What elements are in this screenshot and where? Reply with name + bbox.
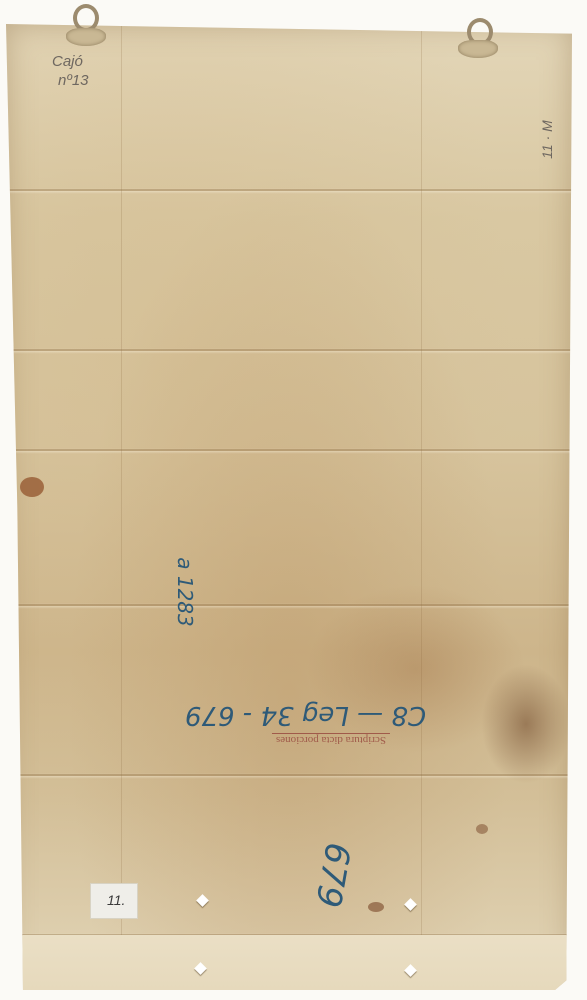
parchment-document [6,24,572,990]
pencil-line: Cajó [52,52,89,71]
label-text: 11. [107,892,125,908]
fold-line [421,24,422,990]
bottom-fold-band [6,935,572,990]
pencil-annotation-box: Cajó nº13 [52,52,89,90]
fold-line [121,24,122,990]
pencil-line: nº13 [52,71,89,90]
edge-stain [20,477,44,497]
fold-line [6,449,572,451]
pencil-annotation-corner: 11 · M [538,120,557,159]
spot-stain [476,824,488,834]
spot-stain [368,902,384,912]
seal-tab-left [66,28,106,46]
fold-line [6,189,572,191]
seal-tab-right [458,40,498,58]
vertical-ink-annotation: a 1283 [173,557,197,627]
fold-line [6,774,572,776]
paper-label: 11. [90,883,138,919]
upside-down-shelfmark: C8 — Leg 34 - 679 [185,700,426,730]
red-inscription: Scriptura dicta porciones [272,733,390,746]
fold-line [6,349,572,351]
